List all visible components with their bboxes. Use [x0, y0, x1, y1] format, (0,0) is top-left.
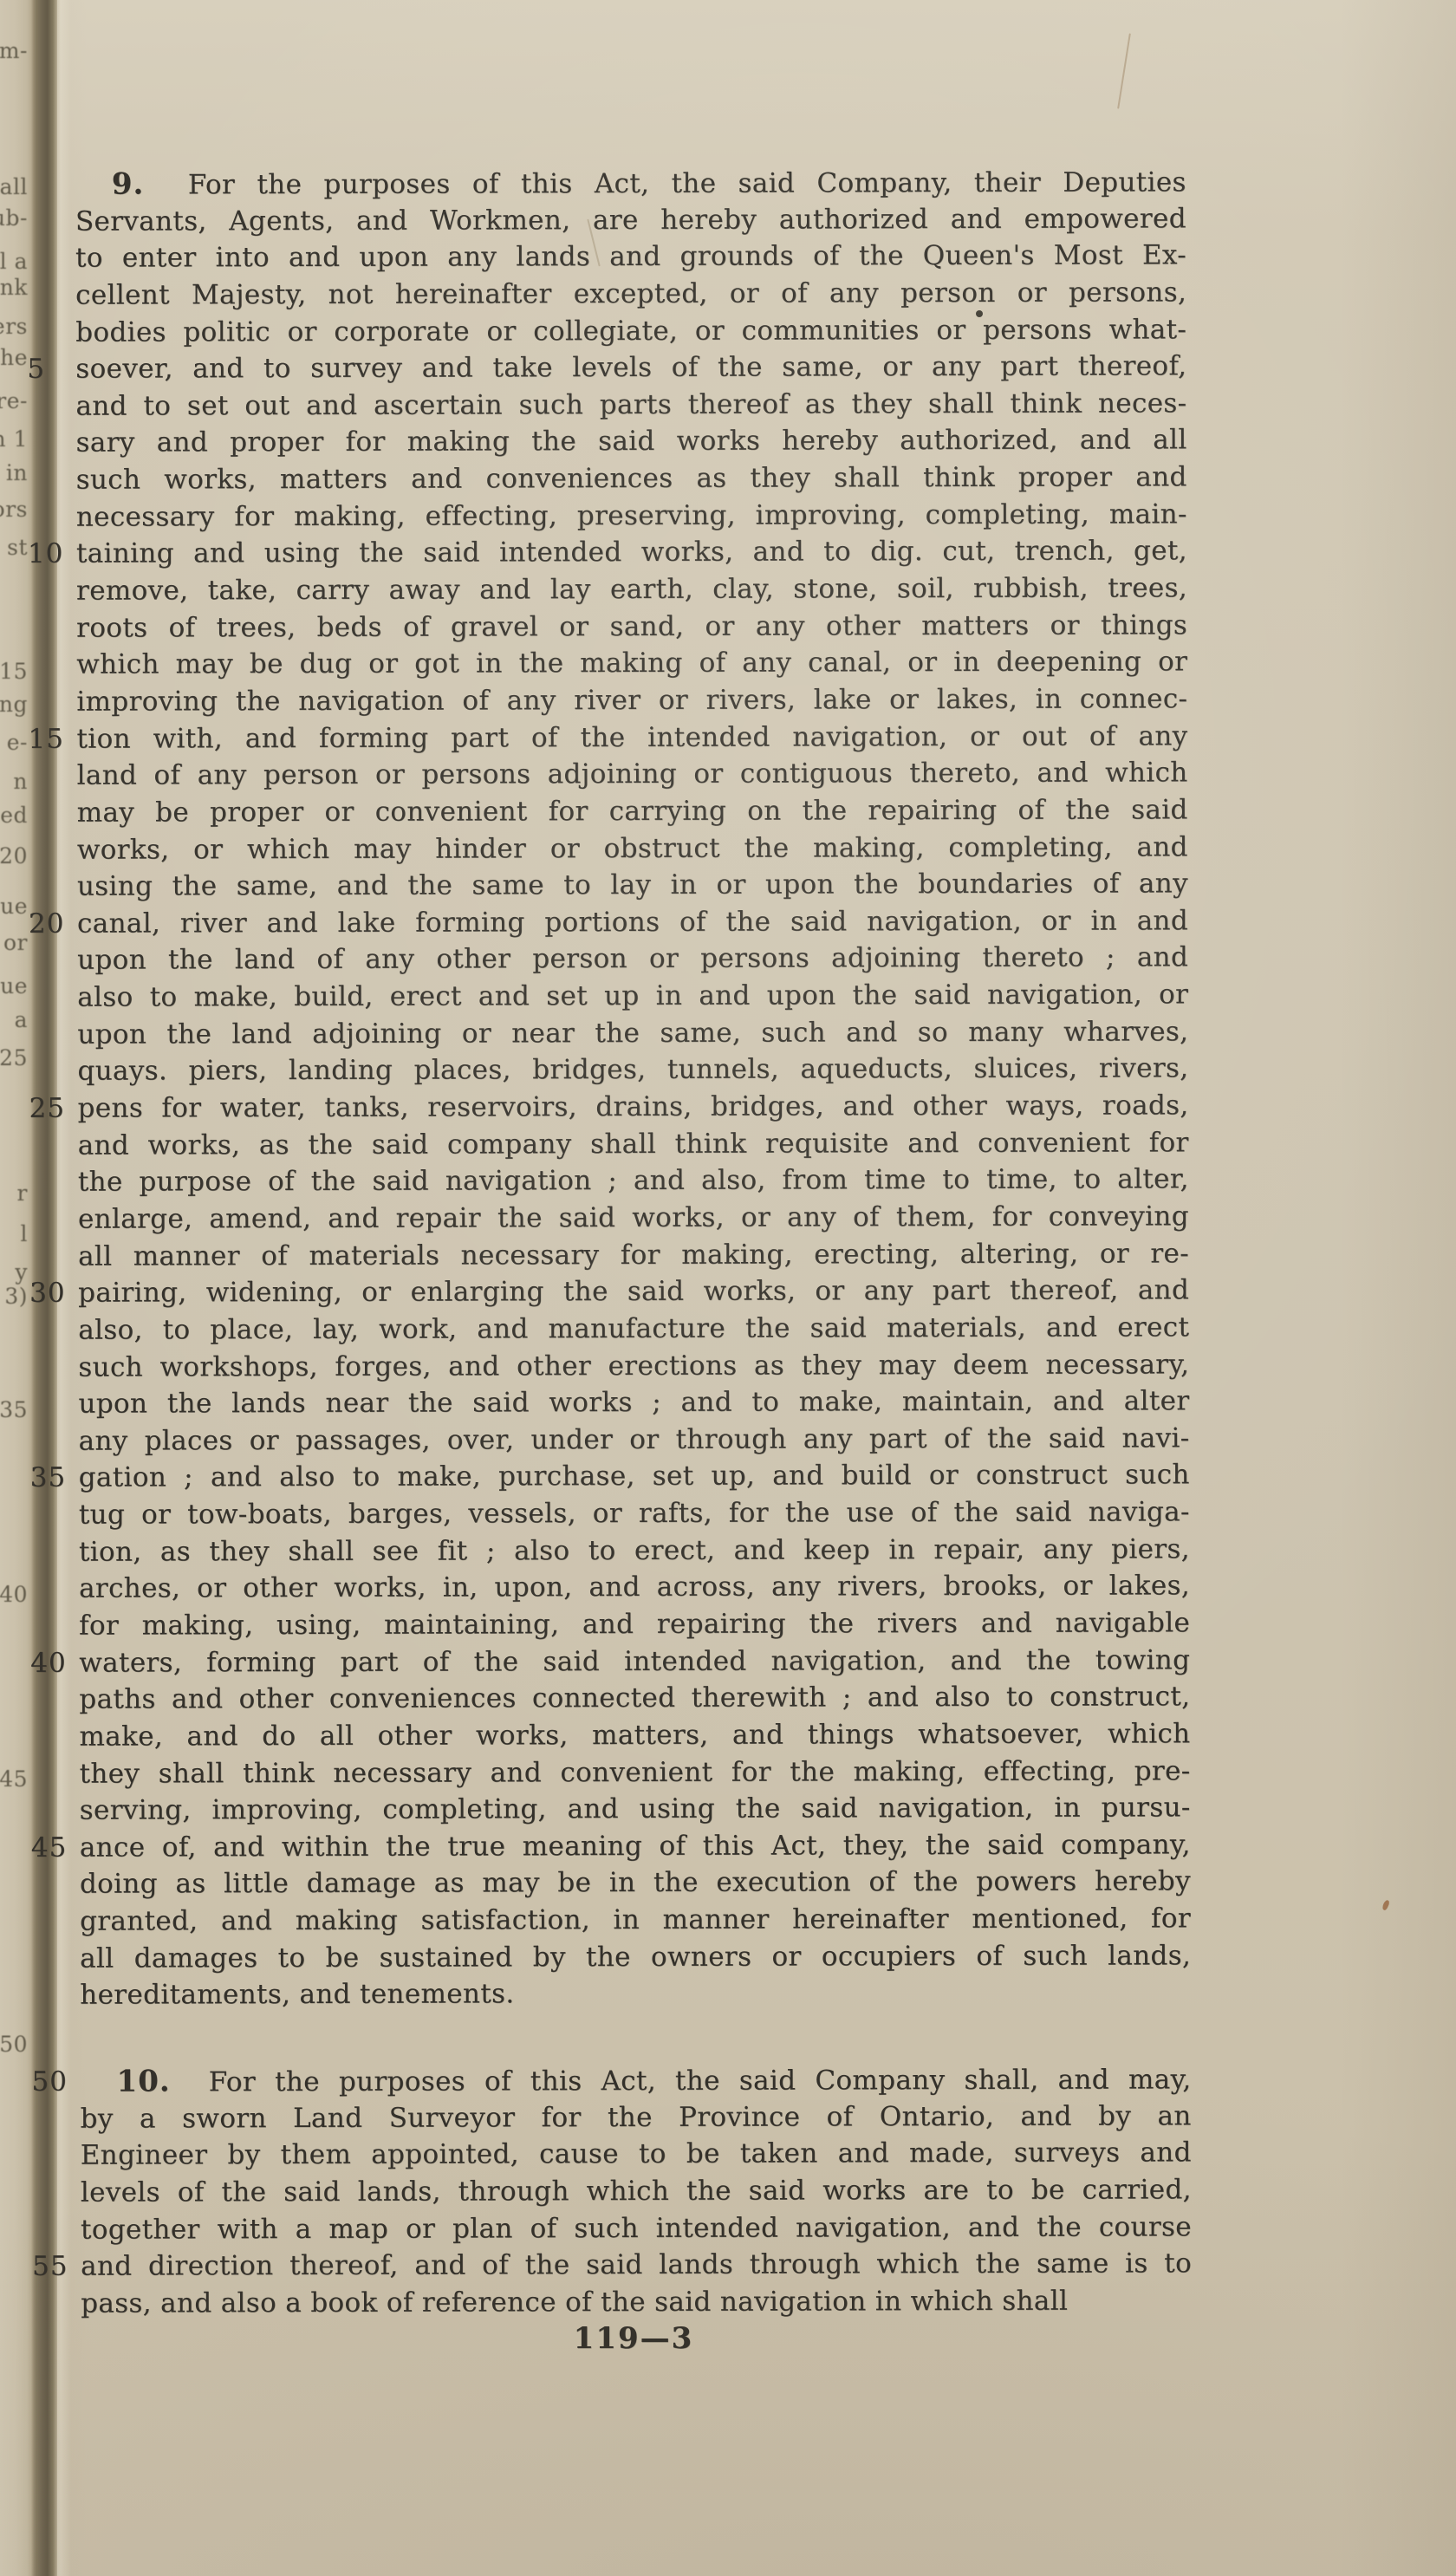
- facing-page-text-fragment: l: [21, 1221, 29, 1246]
- text-line: upon the lands near the said works ; and…: [78, 1382, 1189, 1422]
- ink-speck: [976, 310, 983, 317]
- facing-page-text-fragment: re-: [0, 388, 28, 413]
- margin-line-number: 50: [31, 2064, 75, 2101]
- margin-line-number: 40: [30, 1644, 74, 1682]
- scanned-page: om-hallsub-ll ainkersthere-an 1inorssthe…: [0, 0, 1456, 2576]
- facing-page-text-fragment: he 15: [0, 659, 28, 684]
- text-line: all manner of materials necessary for ma…: [78, 1235, 1189, 1275]
- facing-page-text-fragment: ers: [0, 314, 28, 339]
- text-line: enlarge, amend, and repair the said work…: [78, 1198, 1189, 1238]
- text-line: remove, take, carry away and lay earth, …: [76, 569, 1187, 609]
- text-line: such workshops, forges, and other erecti…: [78, 1346, 1189, 1386]
- margin-line-number: 25: [29, 1090, 73, 1128]
- text-line: together with a map or plan of such inte…: [81, 2208, 1192, 2248]
- facing-page-text-fragment: n 3): [0, 1284, 28, 1309]
- text-line: 25pens for water, tanks, reservoirs, dra…: [78, 1087, 1189, 1127]
- text-line: tion, as they shall see fit ; also to er…: [79, 1531, 1190, 1571]
- facing-page-text-fragment: ue: [0, 894, 28, 919]
- margin-line-number: 45: [31, 1830, 75, 1867]
- section-9-paragraph: 9. For the purposes of this Act, the sai…: [75, 163, 1192, 2013]
- text-line: such works, matters and conveniences as …: [76, 459, 1187, 498]
- margin-line-number: 5: [27, 351, 70, 388]
- text-line: 55and direction thereof, and of the said…: [81, 2246, 1192, 2286]
- facing-page-text-fragment: om-: [0, 38, 28, 63]
- text-line: Servants, Agents, and Workmen, are hereb…: [75, 200, 1186, 240]
- text-line: necessary for making, effecting, preserv…: [76, 496, 1187, 536]
- text-line: upon the land adjoining or near the same…: [77, 1013, 1188, 1053]
- text-line: Engineer by them appointed, cause to be …: [81, 2135, 1192, 2175]
- facing-page-text-fragment: the: [0, 345, 28, 370]
- facing-page-text-fragment: ors: [0, 497, 28, 522]
- facing-page-text-fragment: n: [13, 769, 28, 794]
- facing-page-text-fragment: ue: [0, 973, 28, 999]
- facing-page-text-fragment: 40: [0, 1582, 28, 1607]
- text-line: for making, using, maintaining, and repa…: [79, 1604, 1190, 1644]
- facing-page-text-fragment: d 20: [0, 843, 28, 868]
- text-line: any places or passages, over, under or t…: [79, 1420, 1190, 1460]
- section-10-paragraph: 5010. For the purposes of this Act, the …: [80, 2060, 1192, 2322]
- facing-page-text-fragment: or: [3, 930, 28, 955]
- text-line: 5soever, and to survey and take levels o…: [75, 348, 1186, 388]
- facing-page-text-fragment: in: [6, 460, 28, 485]
- text-line: bodies politic or corporate or collegiat…: [75, 311, 1186, 351]
- facing-page-text-fragment: 45: [0, 1766, 28, 1792]
- text-line: 35gation ; and also to make, purchase, s…: [79, 1457, 1190, 1497]
- text-line: also, to place, lay, work, and manufactu…: [78, 1309, 1189, 1349]
- facing-page-text-fragment: ink: [0, 275, 28, 300]
- margin-line-number: 10: [28, 536, 71, 573]
- text-line: 20canal, river and lake forming portions…: [77, 902, 1188, 942]
- facing-page-text-fragment: 50: [0, 2032, 28, 2057]
- margin-line-number: 15: [28, 720, 71, 758]
- facing-page-text-fragment: st: [7, 535, 28, 560]
- facing-page-text-fragment: e-: [7, 730, 28, 755]
- text-line: and to set out and ascertain such parts …: [75, 385, 1186, 425]
- section-number: 10.: [116, 2064, 170, 2098]
- text-line: they shall think necessary and convenien…: [80, 1753, 1191, 1792]
- text-line: improving the navigation of any river or…: [76, 680, 1187, 720]
- facing-page-text-fragment: sub-: [0, 205, 28, 231]
- text-line: works, or which may hinder or obstruct t…: [77, 829, 1188, 868]
- margin-line-number: 35: [30, 1460, 74, 1497]
- facing-page-text-fragment: ed: [0, 803, 28, 828]
- text-line: quays. piers, landing places, bridges, t…: [77, 1051, 1188, 1090]
- text-column: 9. For the purposes of this Act, the sai…: [75, 163, 1193, 2322]
- text-line: 9. For the purposes of this Act, the sai…: [75, 163, 1186, 203]
- margin-line-number: 55: [32, 2248, 75, 2286]
- facing-page-text-fragment: s 25: [0, 1045, 28, 1070]
- text-line: 45ance of, and within the true meaning o…: [80, 1826, 1191, 1866]
- text-line: 10taining and using the said intended wo…: [76, 533, 1187, 573]
- text-line: and works, as the said company shall thi…: [78, 1124, 1189, 1164]
- text-line: pass, and also a book of reference of th…: [81, 2282, 1192, 2322]
- text-line: upon the land of any other person or per…: [77, 940, 1188, 979]
- text-line: arches, or other works, in, upon, and ac…: [79, 1568, 1190, 1608]
- page-number: 119—3: [78, 2321, 1189, 2356]
- facing-page-text-fragment: y: [15, 1259, 28, 1285]
- text-line: 30pairing, widening, or enlarging the sa…: [78, 1272, 1189, 1312]
- paper-stain: [1381, 1899, 1391, 1910]
- text-line: levels of the said lands, through which …: [81, 2171, 1192, 2211]
- text-line: cellent Majesty, not hereinafter excepte…: [75, 274, 1186, 314]
- text-line: doing as little damage as may be in the …: [80, 1864, 1191, 1903]
- facing-page-text-fragment: a: [15, 1007, 28, 1032]
- facing-page-text-fragment: 35: [0, 1397, 28, 1422]
- margin-line-number: 30: [29, 1275, 73, 1312]
- text-line: using the same, and the same to lay in o…: [77, 865, 1188, 905]
- text-line: make, and do all other works, matters, a…: [79, 1715, 1190, 1755]
- text-line: serving, improving, completing, and usin…: [80, 1790, 1191, 1830]
- facing-page-text-fragment: ng: [0, 692, 28, 717]
- paper-fiber: [1117, 33, 1131, 108]
- text-line: also to make, build, erect and set up in…: [77, 976, 1188, 1016]
- text-line: the purpose of the said navigation ; and…: [78, 1161, 1189, 1201]
- text-line: which may be dug or got in the making of…: [76, 644, 1187, 684]
- text-line: 40waters, forming part of the said inten…: [79, 1642, 1190, 1682]
- text-line: hereditaments, and tenements.: [80, 1974, 1191, 2014]
- text-line: 15tion with, and forming part of the int…: [76, 718, 1187, 758]
- facing-page-text-fragment: hall: [0, 174, 28, 199]
- margin-line-number: 20: [29, 906, 72, 943]
- section-number: 9.: [112, 166, 145, 201]
- text-line: to enter into and upon any lands and gro…: [75, 237, 1186, 277]
- facing-page-text-fragment: an 1: [0, 426, 28, 452]
- text-line: may be proper or convenient for carrying…: [77, 791, 1188, 831]
- text-line: 5010. For the purposes of this Act, the …: [80, 2060, 1191, 2100]
- facing-page-text-fragment: r: [17, 1181, 28, 1206]
- text-line: sary and proper for making the said work…: [76, 422, 1187, 462]
- text-line: all damages to be sustained by the owner…: [80, 1937, 1191, 1977]
- text-line: roots of trees, beds of gravel or sand, …: [76, 607, 1187, 647]
- text-line: granted, and making satisfaction, in man…: [80, 1900, 1191, 1940]
- text-line: by a sworn Land Surveyor for the Provinc…: [81, 2098, 1192, 2137]
- text-line: land of any person or persons adjoining …: [77, 755, 1188, 795]
- text-line: tug or tow-boats, barges, vessels, or ra…: [79, 1493, 1190, 1533]
- facing-page-text-fragment: ll a: [0, 249, 28, 274]
- text-line: paths and other conveniences connected t…: [79, 1679, 1190, 1719]
